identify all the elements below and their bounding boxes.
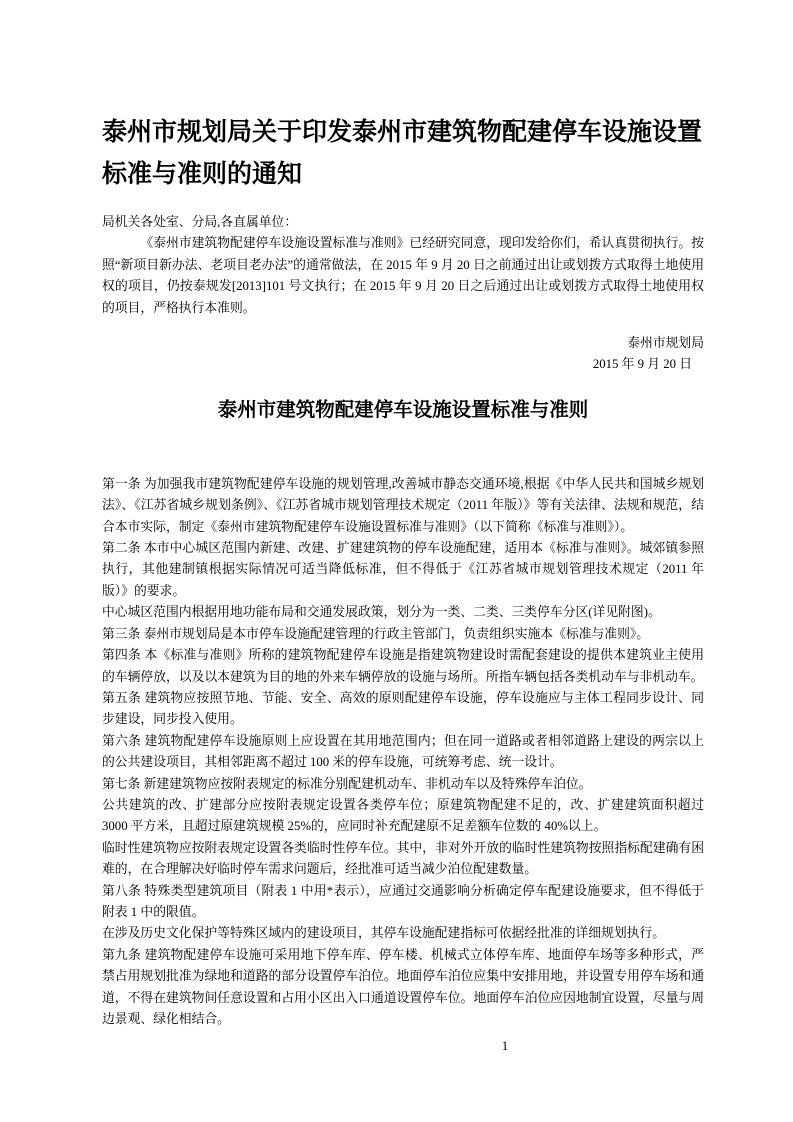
document-page: 泰州市规划局关于印发泰州市建筑物配建停车设施设置 标准与准则的通知 局机关各处室…: [0, 0, 793, 1122]
standard-heading: 泰州市建筑物配建停车设施设置标准与准则: [102, 396, 704, 426]
signature-block: 泰州市规划局 2015 年 9 月 20 日: [102, 333, 704, 376]
article-paragraph: 第三条 泰州市规划局是本市停车设施配建管理的行政主管部门，负责组织实施本《标准与…: [102, 624, 704, 645]
notice-title-line-1: 泰州市规划局关于印发泰州市建筑物配建停车设施设置: [102, 112, 704, 154]
notice-title: 泰州市规划局关于印发泰州市建筑物配建停车设施设置 标准与准则的通知: [102, 0, 704, 196]
article-paragraph: 第二条 本市中心城区范围内新建、改建、扩建建筑物的停车设施配建，适用本《标准与准…: [102, 538, 704, 602]
article-paragraph: 第七条 新建建筑物应按附表规定的标准分别配建机动车、非机动车以及特殊停车泊位。: [102, 774, 704, 795]
article-paragraph: 在涉及历史文化保护等特殊区域内的建设项目，其停车设施配建指标可依据经批准的详细规…: [102, 923, 704, 944]
article-paragraph: 第四条 本《标准与准则》所称的建筑物配建停车设施是指建筑物建设时需配套建设的提供…: [102, 645, 704, 688]
signer-name: 泰州市规划局: [102, 333, 704, 354]
article-paragraph: 第九条 建筑物配建停车设施可采用地下停车库、停车楼、机械式立体停车库、地面停车场…: [102, 945, 704, 1031]
article-paragraph: 第八条 特殊类型建筑项目（附表 1 中用*表示），应通过交通影响分析确定停车配建…: [102, 881, 704, 924]
article-paragraph: 第五条 建筑物应按照节地、节能、安全、高效的原则配建停车设施，停车设施应与主体工…: [102, 688, 704, 731]
page-number: 1: [204, 1038, 793, 1054]
notice-body-paragraph: 《泰州市建筑物配建停车设施设置标准与准则》已经研究同意，现印发给你们，希认真贯彻…: [102, 233, 704, 319]
article-paragraph: 临时性建筑物应按附表规定设置各类临时性停车位。其中，非对外开放的临时性建筑物按照…: [102, 838, 704, 881]
article-paragraph: 第六条 建筑物配建停车设施原则上应设置在其用地范围内；但在同一道路或者相邻道路上…: [102, 731, 704, 774]
sign-date: 2015 年 9 月 20 日: [102, 354, 704, 375]
standard-articles: 第一条 为加强我市建筑物配建停车设施的规划管理,改善城市静态交通环境,根据《中华…: [102, 474, 704, 1031]
notice-salutation: 局机关各处室、分局,各直属单位：: [102, 212, 704, 233]
document-content: 泰州市规划局关于印发泰州市建筑物配建停车设施设置 标准与准则的通知 局机关各处室…: [102, 0, 704, 1030]
article-paragraph: 中心城区范围内根据用地功能布局和交通发展政策，划分为一类、二类、三类停车分区(详…: [102, 602, 704, 623]
notice-title-line-2: 标准与准则的通知: [102, 154, 704, 196]
article-paragraph: 公共建筑的改、扩建部分应按附表规定设置各类停车位；原建筑物配建不足的，改、扩建建…: [102, 795, 704, 838]
article-paragraph: 第一条 为加强我市建筑物配建停车设施的规划管理,改善城市静态交通环境,根据《中华…: [102, 474, 704, 538]
